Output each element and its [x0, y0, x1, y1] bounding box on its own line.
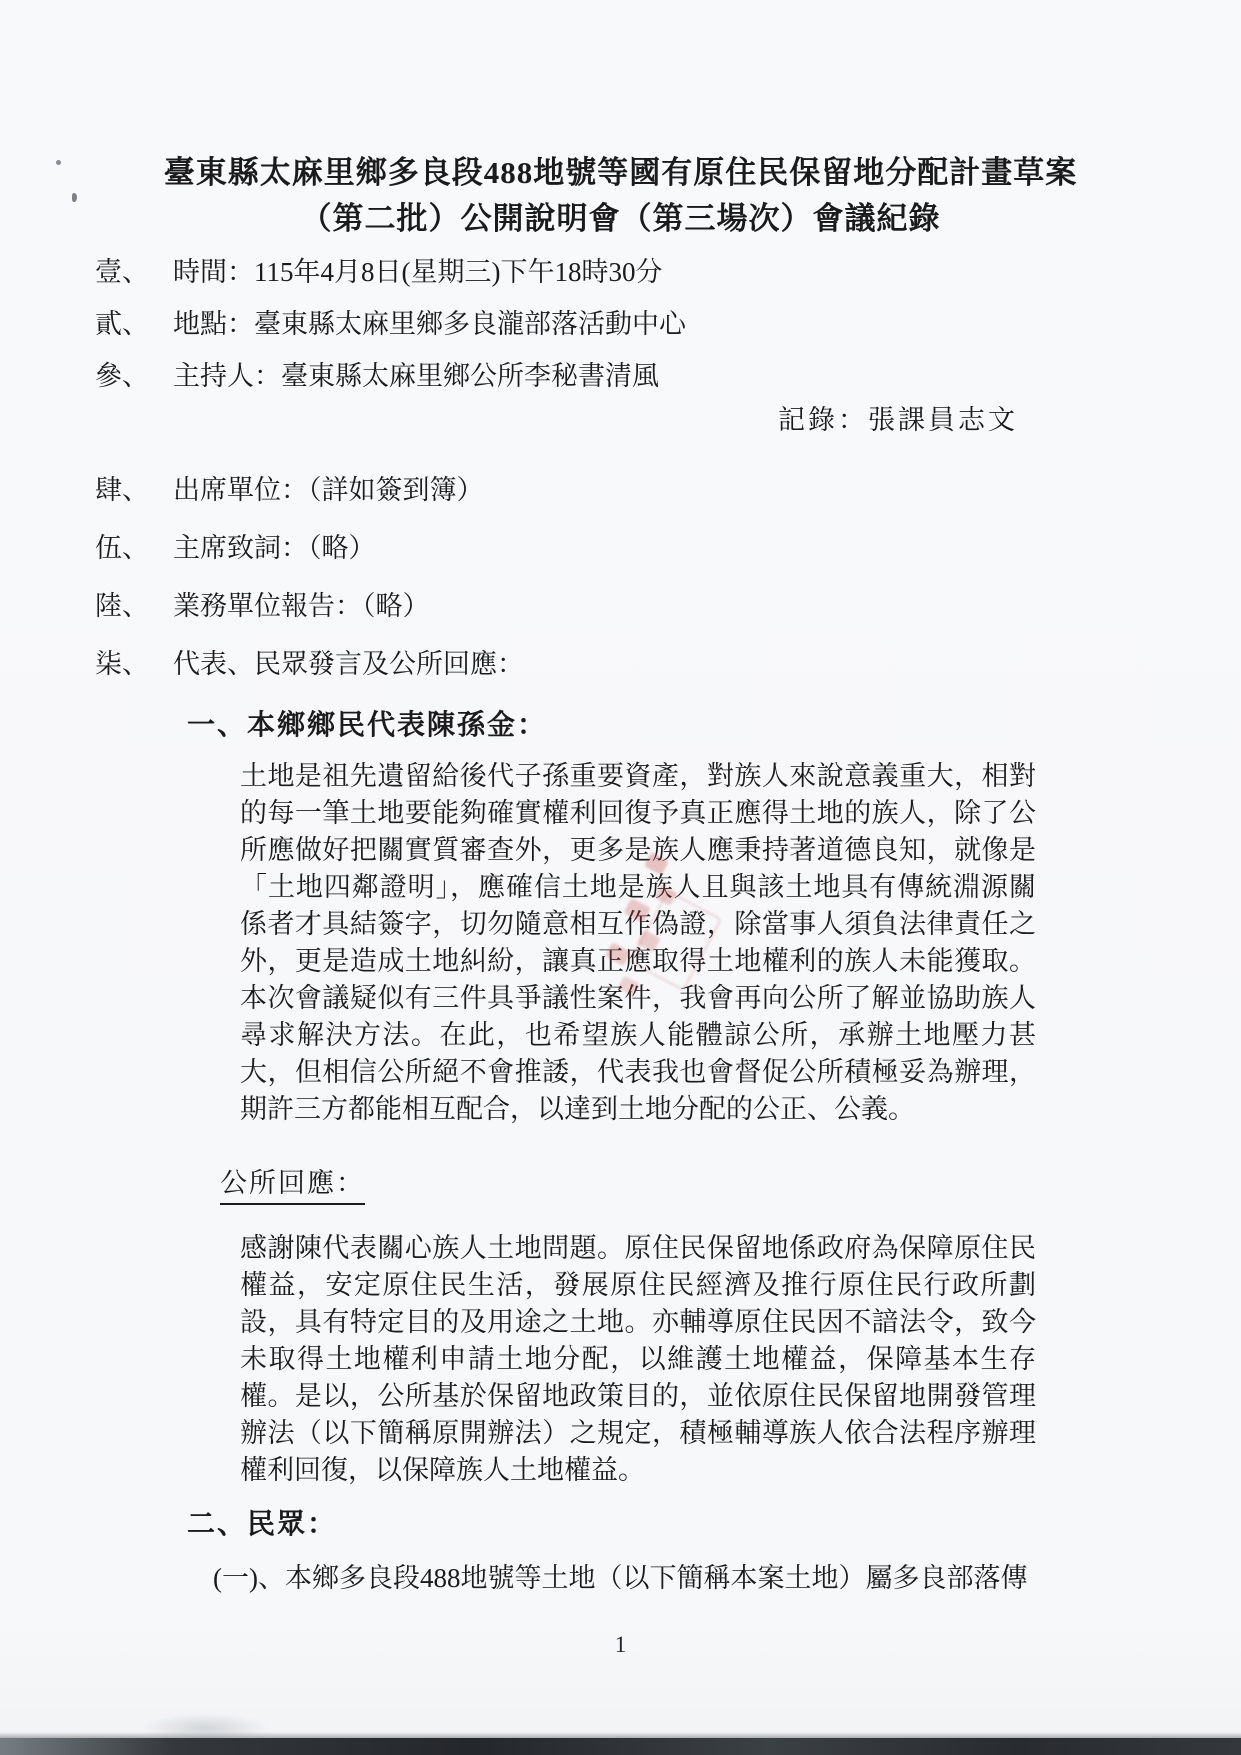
agenda-number: 柒、	[95, 642, 149, 681]
agenda-item-unit-report: 陸、 業務單位報告：（略）	[95, 584, 524, 642]
document-title-line2: （第二批）公開說明會（第三場次）會議紀錄	[0, 196, 1241, 242]
agenda-text: 業務單位報告：（略）	[173, 584, 430, 623]
speaker2-point1: (一)、本鄉多良段488地號等土地（以下簡稱本案土地）屬多良部落傳	[213, 1556, 1027, 1595]
response-heading-text: 公所回應：	[220, 1161, 365, 1205]
meta-text: 主持人：臺東縣太麻里鄉公所李秘書清風	[173, 354, 659, 393]
meta-section: 壹、 時間：115年4月8日(星期三)下午18時30分 貳、 地點：臺東縣太麻里…	[95, 250, 686, 406]
scan-edge-strip	[0, 1738, 1241, 1755]
document-title-line1: 臺東縣太麻里鄉多良段488地號等國有原住民保留地分配計畫草案	[0, 150, 1241, 196]
meta-number: 參、	[95, 354, 149, 393]
agenda-text: 出席單位：（詳如簽到簿）	[173, 468, 484, 507]
agenda-text: 代表、民眾發言及公所回應：	[173, 642, 524, 681]
meta-item-host: 參、 主持人：臺東縣太麻里鄉公所李秘書清風	[95, 354, 686, 406]
meta-item-time: 壹、 時間：115年4月8日(星期三)下午18時30分	[95, 250, 686, 302]
agenda-section: 肆、 出席單位：（詳如簽到簿） 伍、 主席致詞：（略） 陸、 業務單位報告：（略…	[95, 468, 524, 700]
agenda-item-attendees: 肆、 出席單位：（詳如簽到簿）	[95, 468, 524, 526]
recorder-line: 記錄：張課員志文	[778, 398, 1018, 437]
meta-text: 時間：115年4月8日(星期三)下午18時30分	[173, 250, 662, 289]
scan-speck	[56, 160, 61, 165]
speaker2-heading: 二、民眾：	[187, 1502, 337, 1542]
speaker1-paragraph: 土地是祖先遺留給後代子孫重要資產，對族人來說意義重大，相對的每一筆土地要能夠確實…	[240, 758, 1036, 1128]
meta-number: 壹、	[95, 250, 149, 289]
speaker1-heading: 一、本鄉鄉民代表陳孫金：	[187, 703, 547, 743]
page-number: 1	[0, 1632, 1241, 1658]
agenda-text: 主席致詞：（略）	[173, 526, 376, 565]
response-heading: 公所回應：	[220, 1161, 365, 1205]
meta-text: 地點：臺東縣太麻里鄉多良瀧部落活動中心	[173, 302, 686, 341]
agenda-item-public-comments: 柒、 代表、民眾發言及公所回應：	[95, 642, 524, 700]
scan-speck	[72, 193, 77, 202]
agenda-number: 伍、	[95, 526, 149, 565]
agenda-number: 肆、	[95, 468, 149, 507]
meta-item-place: 貳、 地點：臺東縣太麻里鄉多良瀧部落活動中心	[95, 302, 686, 354]
scanned-document-page: 臺東縣太麻里鄉多良段488地號等國有原住民保留地分配計畫草案 （第二批）公開說明…	[0, 0, 1241, 1755]
document-title: 臺東縣太麻里鄉多良段488地號等國有原住民保留地分配計畫草案 （第二批）公開說明…	[0, 150, 1241, 242]
agenda-number: 陸、	[95, 584, 149, 623]
meta-number: 貳、	[95, 302, 149, 341]
response-paragraph: 感謝陳代表關心族人土地問題。原住民保留地係政府為保障原住民權益，安定原住民生活，…	[240, 1230, 1036, 1489]
agenda-item-chair-speech: 伍、 主席致詞：（略）	[95, 526, 524, 584]
